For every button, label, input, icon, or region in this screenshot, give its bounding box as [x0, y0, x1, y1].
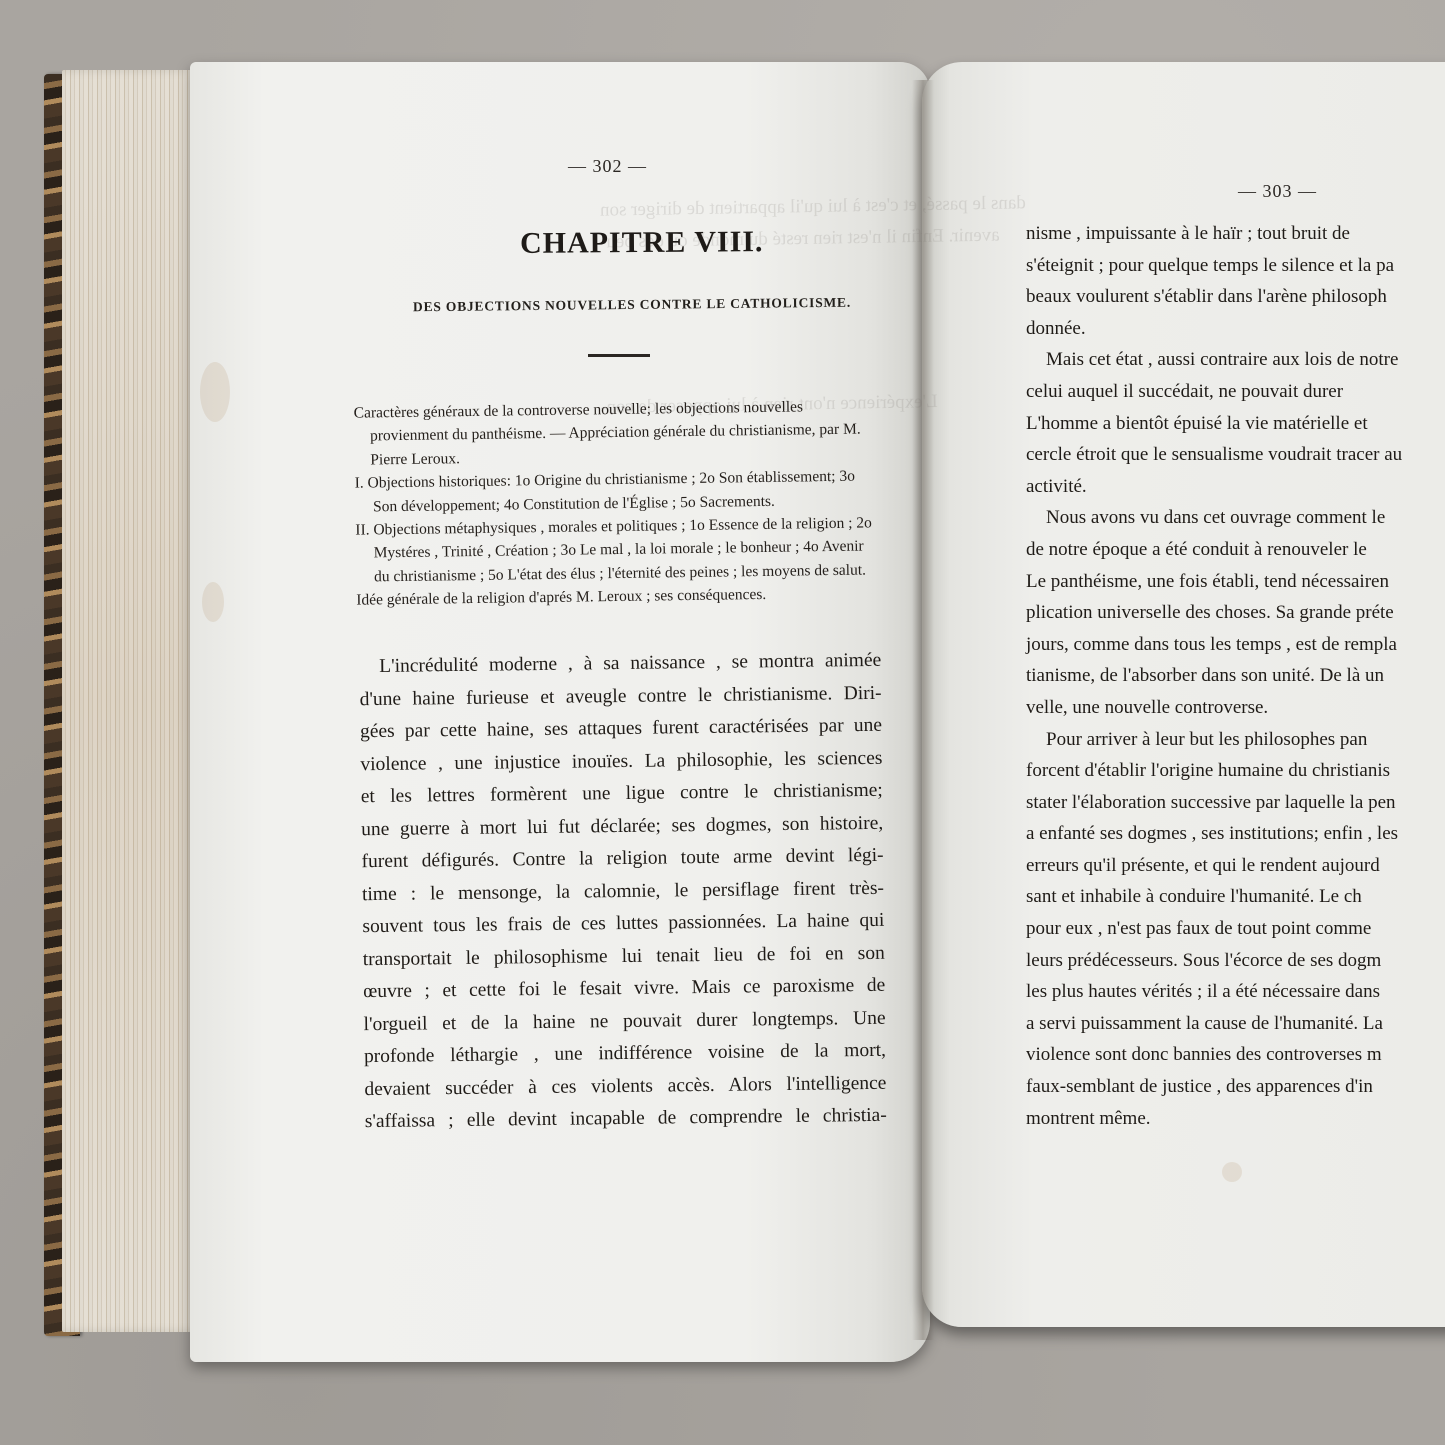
- chapter-summary: Caractères généraux de la controverse no…: [354, 394, 882, 612]
- photo-scene: dans le passé, et c'est à lui qu'il appa…: [0, 0, 1445, 1445]
- summary-paragraph: II. Objections métaphysiques , morales e…: [355, 511, 881, 589]
- text-line: celui auquel il succédait, ne pouvait du…: [1026, 376, 1445, 408]
- text-line: a enfanté ses dogmes , ses institutions;…: [1026, 818, 1445, 850]
- page-number-303: — 303 —: [1238, 181, 1317, 202]
- text-line: s'éteignit ; pour quelque temps le silen…: [1026, 250, 1445, 282]
- text-line: sant et inhabile à conduire l'humanité. …: [1026, 881, 1445, 913]
- text-line: a servi puissamment la cause de l'humani…: [1026, 1008, 1445, 1040]
- text-line: de notre époque a été conduit à renouvel…: [1026, 534, 1445, 566]
- text-line: beaux voulurent s'établir dans l'arène p…: [1026, 281, 1445, 313]
- text-line: activité.: [1026, 471, 1445, 503]
- text-line: erreurs qu'il présente, et qui le renden…: [1026, 850, 1445, 882]
- text-line: jours, comme dans tous les temps , est d…: [1026, 629, 1445, 661]
- foxing-stain: [1222, 1162, 1242, 1182]
- text-line: pour eux , n'est pas faux de tout point …: [1026, 913, 1445, 945]
- chapter-title: CHAPITRE VIII.: [520, 225, 764, 261]
- text-line: les plus hautes vérités ; il a été néces…: [1026, 976, 1445, 1008]
- text-line: plication universelle des choses. Sa gra…: [1026, 597, 1445, 629]
- text-line: velle, une nouvelle controverse.: [1026, 692, 1445, 724]
- text-line: nisme , impuissante à le haïr ; tout bru…: [1026, 218, 1445, 250]
- summary-paragraph: I. Objections historiques: 1o Origine du…: [355, 465, 881, 519]
- page-number-302: — 302 —: [568, 156, 647, 177]
- foxing-stain: [200, 362, 230, 422]
- text-line: Le panthéisme, une fois établi, tend néc…: [1026, 566, 1445, 598]
- text-line: tianisme, de l'absorber dans son unité. …: [1026, 660, 1445, 692]
- text-line: L'homme a bientôt épuisé la vie matériel…: [1026, 408, 1445, 440]
- summary-paragraph: Caractères généraux de la controverse no…: [354, 394, 880, 472]
- text-line: violence sont donc bannies des controver…: [1026, 1039, 1445, 1071]
- left-body-text: L'incrédulité moderne , à sa naissance ,…: [359, 645, 887, 1139]
- text-line: Nous avons vu dans cet ouvrage comment l…: [1026, 502, 1445, 534]
- text-line: stater l'élaboration successive par laqu…: [1026, 787, 1445, 819]
- text-line: donnée.: [1026, 313, 1445, 345]
- page-block-fore-edge: [62, 70, 207, 1332]
- text-line: s'affaissa ; elle devint incapable de co…: [365, 1100, 887, 1139]
- text-line: leurs prédécesseurs. Sous l'écorce de se…: [1026, 945, 1445, 977]
- decorative-rule: [588, 354, 650, 357]
- text-line: cercle étroit que le sensualisme voudrai…: [1026, 439, 1445, 471]
- foxing-stain: [202, 582, 224, 622]
- book-gutter: [912, 80, 934, 1340]
- text-line: faux-semblant de justice , des apparence…: [1026, 1071, 1445, 1103]
- text-line: Mais cet état , aussi contraire aux lois…: [1026, 344, 1445, 376]
- text-line: Pour arriver à leur but les philosophes …: [1026, 724, 1445, 756]
- text-line: forcent d'établir l'origine humaine du c…: [1026, 755, 1445, 787]
- right-body-text: nisme , impuissante à le haïr ; tout bru…: [1026, 218, 1445, 1134]
- text-line: montrent même.: [1026, 1103, 1445, 1135]
